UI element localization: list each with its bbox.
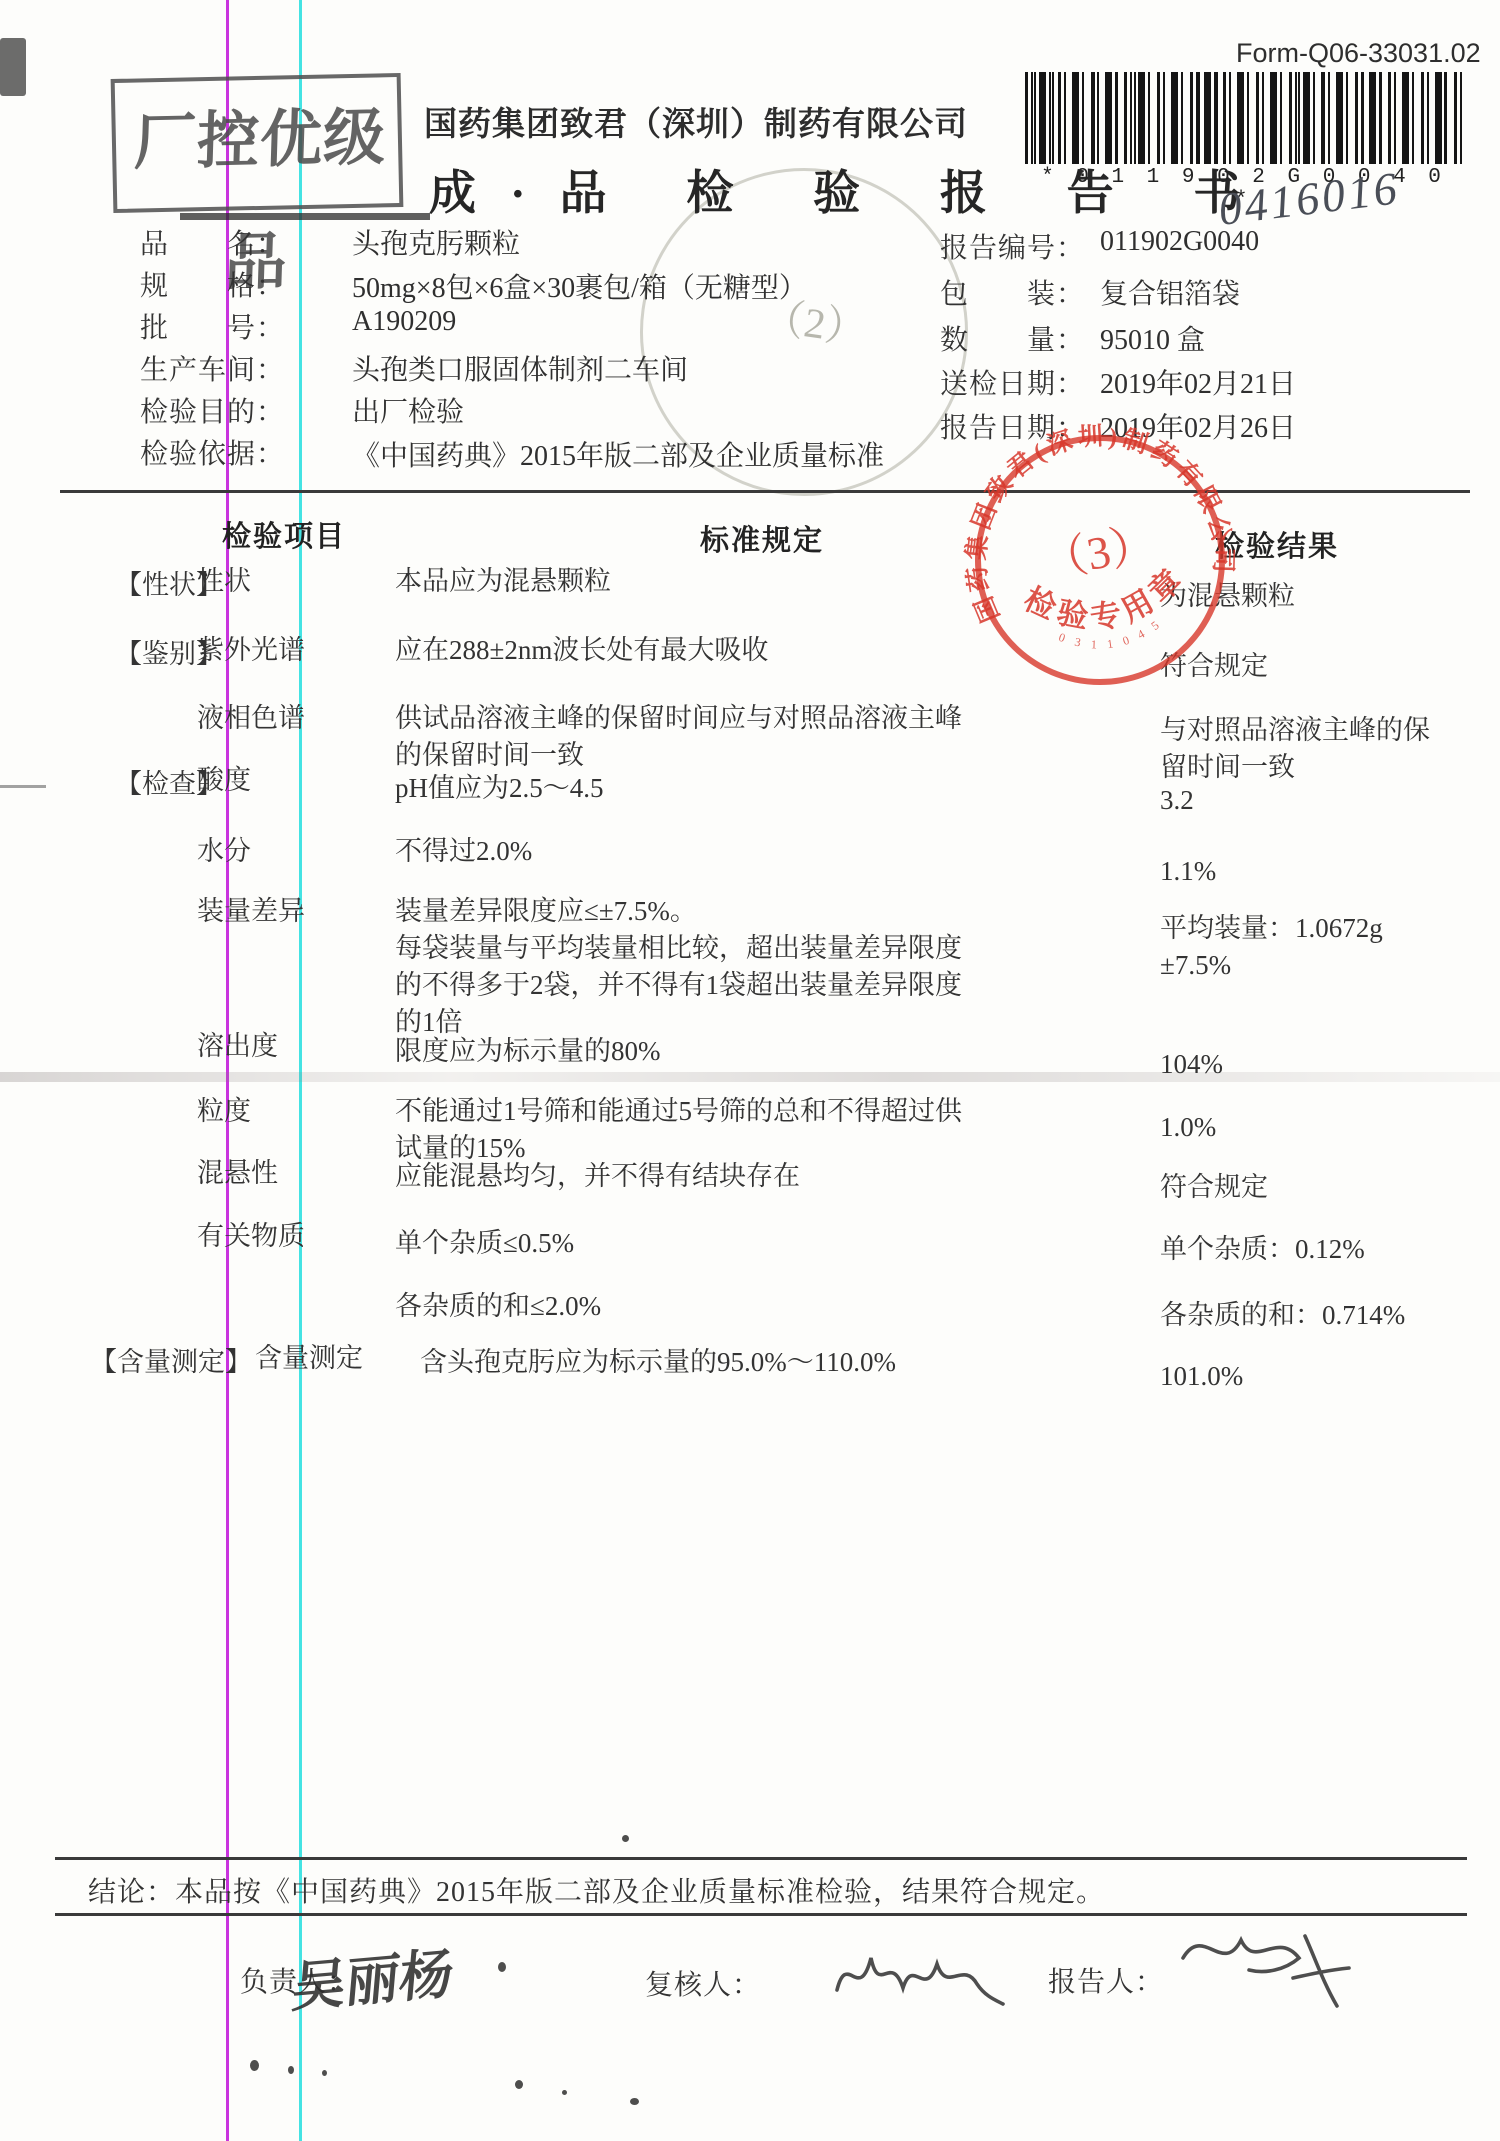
conclusion-text: 结论：本品按《中国药典》2015年版二部及企业质量标准检验，结果符合规定。	[88, 1870, 1105, 1910]
quality-grade-stamp: 厂控优级品	[111, 73, 404, 213]
row-result: 104%	[1160, 1046, 1480, 1083]
inspection-seal: 国药集团致君(深圳)制药有限公司 （3） 检验专用章 0 3 1 1 0 4 5	[926, 386, 1274, 734]
row-standard: pH值应为2.5～4.5	[395, 770, 1085, 807]
scan-artifact-dot	[322, 2070, 327, 2076]
row-item: 水分	[197, 833, 251, 870]
row-result: 单个杂质：0.12%	[1160, 1231, 1480, 1268]
row-item: 紫外光谱	[197, 632, 305, 669]
row-standard: 装量差异限度应≤±7.5%。 每袋装量与平均装量相比较，超出装量差异限度 的不得…	[395, 893, 1085, 1041]
signature-label-reporter: 报告人：	[1048, 1960, 1164, 2000]
scanned-report-page: Form-Q06-33031.02 厂控优级品 （2） 国药集团致君（深圳）制药…	[0, 0, 1500, 2141]
seal-company-arc: 国药集团致君(深圳)制药有限公司	[941, 400, 1243, 627]
info-value-purpose: 出厂检验	[352, 390, 464, 430]
row-item: 酸度	[197, 762, 251, 799]
reporter-signature	[1165, 1918, 1365, 2018]
info-value-basis: 《中国药典》2015年版二部及企业质量标准	[352, 434, 884, 474]
info-label-purpose: 检验目的：	[140, 390, 285, 430]
info-label-basis: 检验依据：	[140, 432, 285, 472]
row-item: 溶出度	[197, 1028, 278, 1065]
row-result: 与对照品溶液主峰的保 留时间一致	[1160, 712, 1480, 786]
row-category: 【含量测定】	[90, 1340, 252, 1379]
barcode-image	[1025, 72, 1462, 164]
scan-artifact-dot	[515, 2080, 523, 2089]
row-result: 3.2	[1160, 782, 1480, 819]
info-label-report-no: 报告编号：	[940, 226, 1085, 266]
row-standard: 不能通过1号筛和能通过5号筛的总和不得超过供 试量的15%	[395, 1093, 1085, 1167]
form-number: Form-Q06-33031.02	[1236, 38, 1481, 69]
row-result: 平均装量：1.0672g ±7.5%	[1160, 910, 1490, 984]
info-label-submit-date: 送检日期：	[940, 362, 1085, 402]
info-label-batch: 批 号：	[140, 306, 285, 346]
company-name: 国药集团致君（深圳）制药有限公司	[424, 98, 968, 145]
signature-scribble	[837, 1958, 1003, 2004]
scan-artifact-scratch	[0, 785, 46, 788]
row-result: 1.1%	[1160, 853, 1480, 890]
row-item: 含量测定	[255, 1340, 363, 1377]
row-result: 各杂质的和：0.714%	[1160, 1297, 1490, 1334]
svg-text:国药集团致君(深圳)制药有限公司: 国药集团致君(深圳)制药有限公司	[941, 400, 1243, 627]
info-value-report-no: 011902G0040	[1100, 226, 1259, 258]
row-item: 混悬性	[197, 1155, 278, 1192]
row-standard: 含头孢克肟应为标示量的95.0%～110.0%	[420, 1344, 1110, 1381]
divider-line	[55, 1913, 1467, 1916]
row-result: 符合规定	[1160, 1169, 1480, 1206]
scan-artifact-dot	[622, 1835, 629, 1842]
row-item: 粒度	[197, 1093, 251, 1130]
scan-artifact-dot	[250, 2060, 259, 2071]
info-label-workshop: 生产车间：	[140, 348, 285, 388]
row-item: 有关物质	[197, 1218, 305, 1255]
row-result: 1.0%	[1160, 1109, 1480, 1146]
seal-number: （3）	[1038, 518, 1160, 588]
table-header-item: 检验项目	[222, 514, 346, 555]
info-label-quantity: 数 量：	[940, 318, 1085, 358]
signature-label-reviewer: 复核人：	[645, 1963, 761, 2003]
info-value-quantity: 95010 盒	[1100, 318, 1205, 358]
info-value-batch: A190209	[352, 306, 456, 338]
scan-artifact-dot	[630, 2098, 639, 2105]
info-label-package: 包 装：	[940, 272, 1085, 312]
row-standard: 应能混悬均匀，并不得有结块存在	[395, 1158, 1085, 1195]
info-value-product-name: 头孢克肟颗粒	[352, 222, 520, 262]
responsible-signature-name: 吴丽杨	[289, 1930, 457, 2022]
info-value-package: 复合铝箔袋	[1100, 272, 1240, 312]
divider-line	[55, 1857, 1467, 1860]
scan-artifact-dot	[498, 1962, 506, 1972]
row-item: 装量差异	[197, 893, 305, 930]
info-value-workshop: 头孢类口服固体制剂二车间	[352, 348, 688, 388]
responsible-signature: 吴丽杨	[292, 1938, 454, 2015]
info-label-spec: 规 格：	[140, 264, 285, 304]
divider-line	[60, 490, 1470, 493]
reviewer-signature	[825, 1938, 1015, 2018]
row-item: 性状	[197, 563, 251, 600]
row-standard: 限度应为标示量的80%	[395, 1033, 1085, 1070]
scan-artifact-dot	[288, 2066, 294, 2074]
row-result: 101.0%	[1160, 1358, 1480, 1395]
row-standard: 各杂质的和≤2.0%	[395, 1288, 1085, 1325]
row-item: 液相色谱	[197, 700, 305, 737]
table-header-standard: 标准规定	[700, 518, 824, 559]
signature-scribble	[1183, 1936, 1349, 2006]
info-value-spec: 50mg×8包×6盒×30裹包/箱（无糖型）	[352, 266, 807, 306]
scan-artifact-edge-blob	[0, 38, 26, 96]
row-standard: 不得过2.0%	[395, 833, 1085, 870]
info-label-product-name: 品 名：	[140, 222, 285, 262]
scan-artifact-dot	[562, 2090, 567, 2095]
row-standard: 单个杂质≤0.5%	[395, 1225, 1085, 1262]
